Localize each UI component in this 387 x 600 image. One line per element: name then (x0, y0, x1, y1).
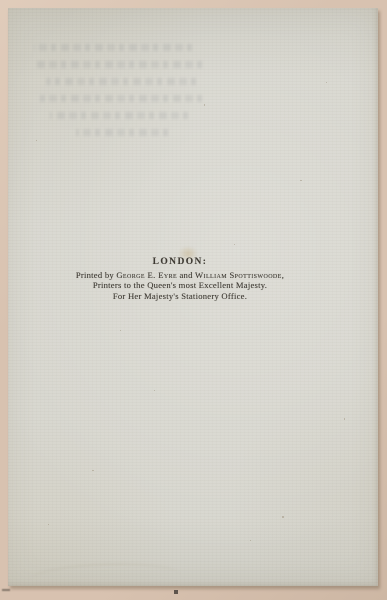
imprint-printed-by-line: Printed by George E. Eyre and William Sp… (0, 270, 365, 280)
imprint-prefix: Printed by (76, 270, 116, 280)
bleed-line (50, 112, 188, 119)
bleed-through-text (22, 44, 202, 146)
colophon-block: LONDON: Printed by George E. Eyre and Wi… (0, 257, 365, 301)
paper-speck (282, 516, 284, 518)
paper-smudge (30, 561, 181, 592)
paper-speck (48, 524, 49, 525)
imprint-city: LONDON: (0, 257, 365, 267)
bleed-line (34, 44, 192, 51)
paper-speck (234, 244, 235, 245)
paper-speck (120, 330, 121, 331)
bleed-line (40, 95, 202, 102)
imprint-printers-line: Printers to the Queen's most Excellent M… (0, 280, 365, 290)
imprint-office-line: For Her Majesty's Stationery Office. (0, 291, 365, 301)
bleed-line (46, 78, 196, 85)
bleed-line (36, 61, 202, 68)
paper-speck (300, 180, 302, 181)
printer-name-eyre: George E. Eyre (116, 270, 177, 280)
imprint-conjunction: and (177, 270, 195, 280)
paper-speck (92, 470, 94, 471)
paper-speck (36, 140, 37, 141)
paper-speck (326, 82, 327, 83)
printer-name-spottiswoode: William Spottiswoode (195, 270, 282, 280)
scanned-book-page-backing: { "colors": { "mat": "#d8c2b0", "paper":… (0, 0, 387, 600)
paper-speck (250, 540, 251, 541)
paper-speck (204, 104, 205, 106)
mat-mark (2, 589, 10, 591)
bleed-line (76, 129, 168, 136)
mat-mark (174, 590, 178, 594)
paper-speck (344, 418, 345, 420)
imprint-suffix: , (282, 270, 284, 280)
paper-speck (154, 390, 155, 391)
book-page: LONDON: Printed by George E. Eyre and Wi… (8, 8, 378, 586)
